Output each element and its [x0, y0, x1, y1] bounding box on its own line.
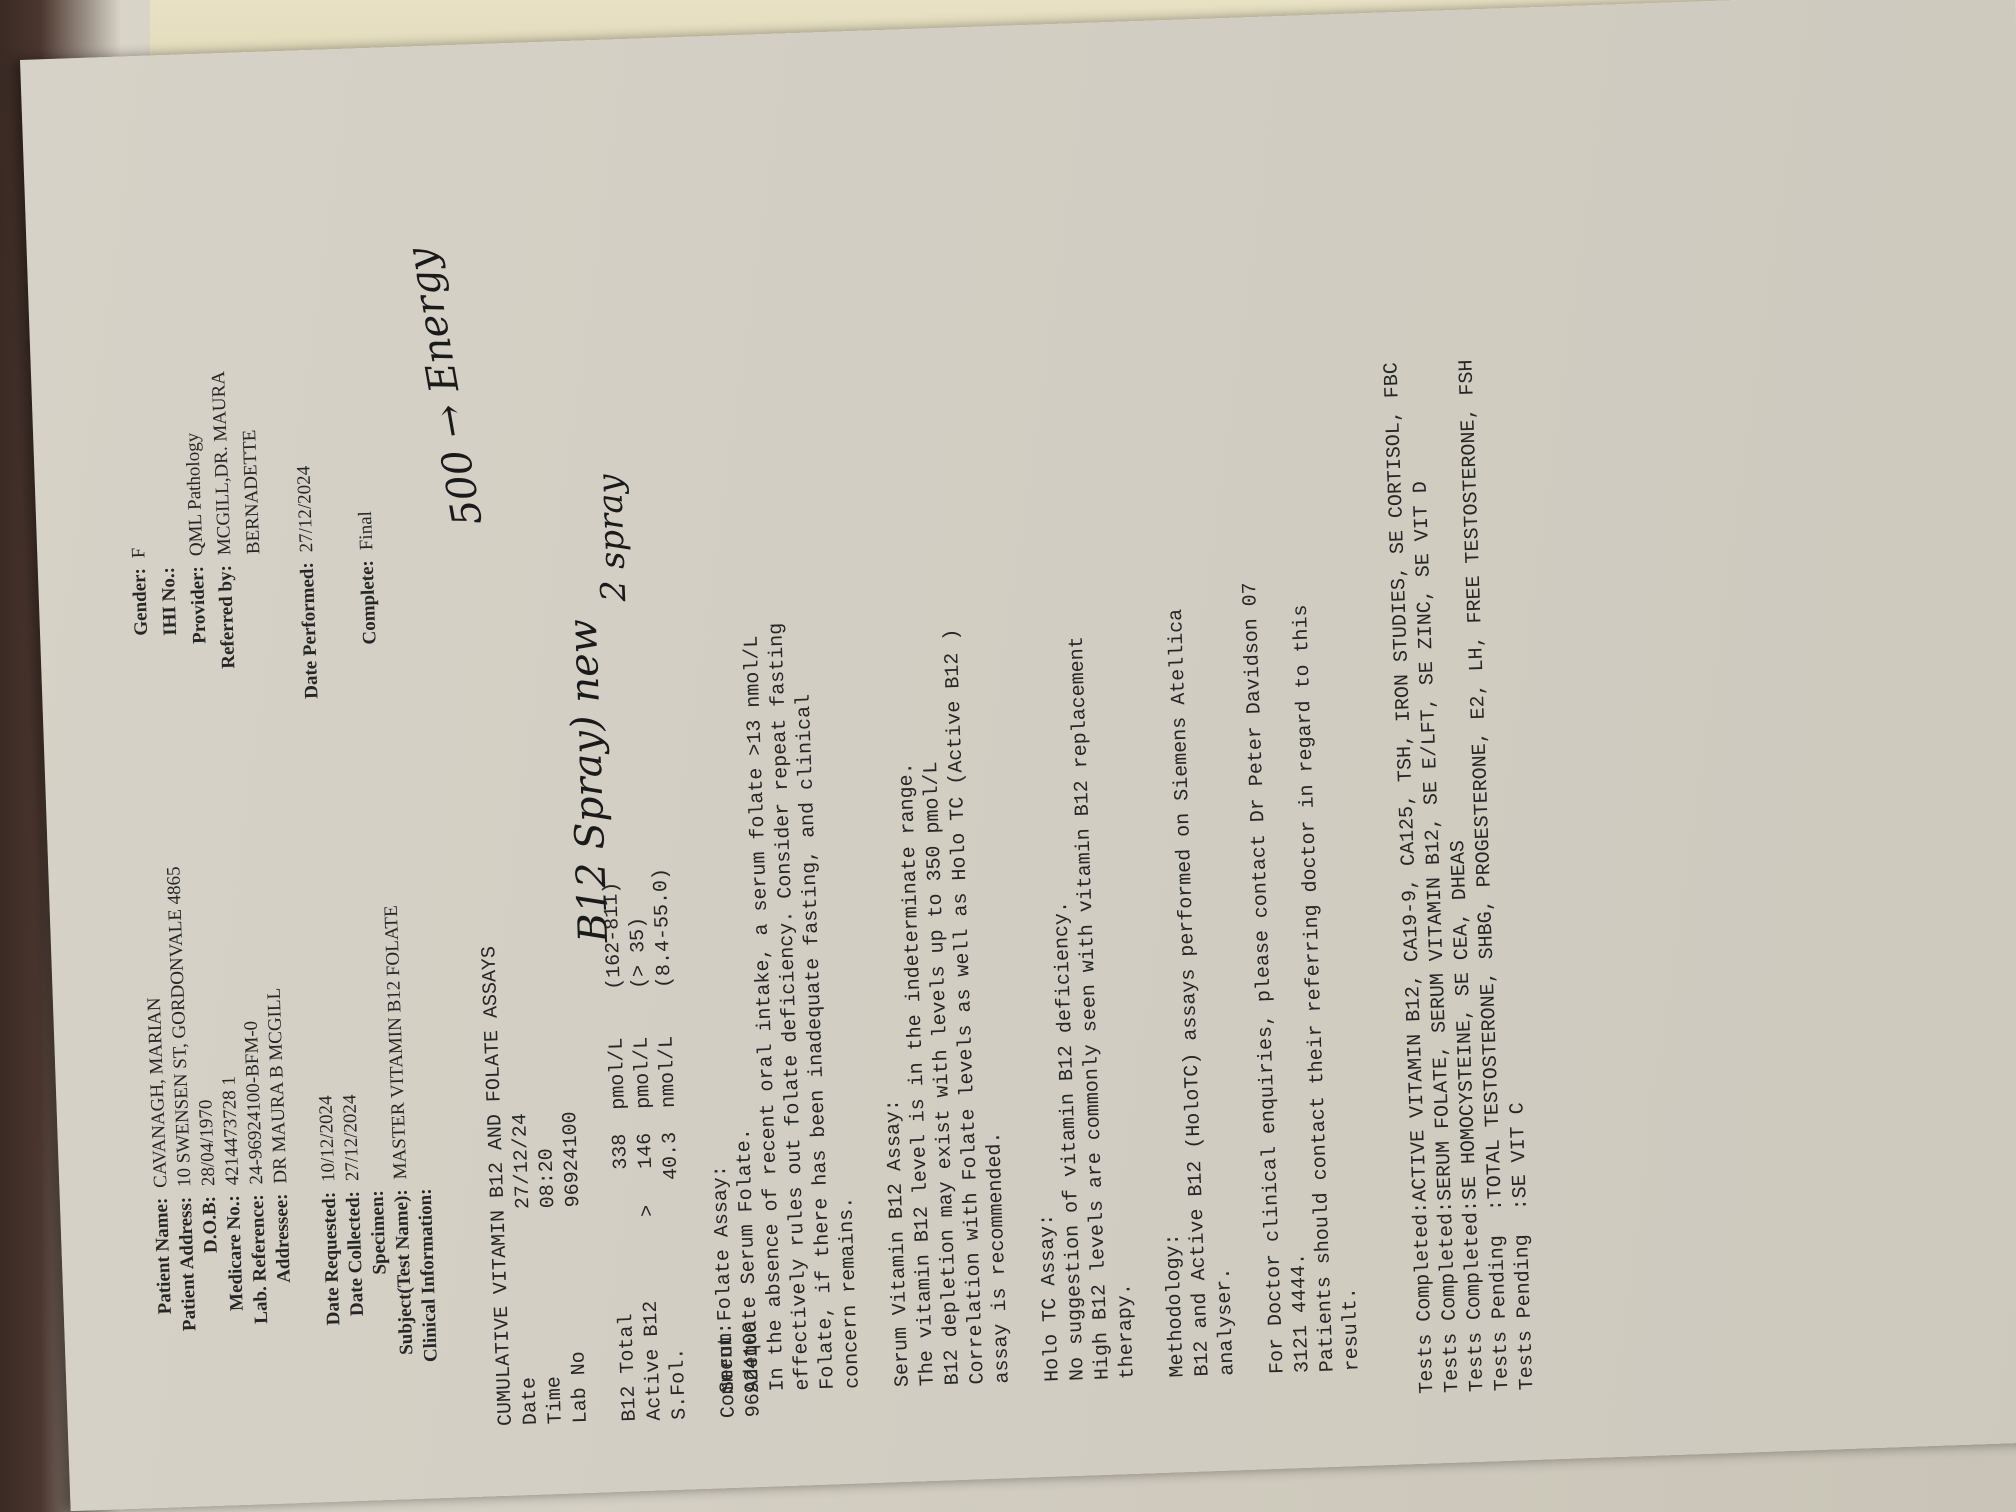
comment-section: Methodology:B12 and Active B12 (HoloTC) … — [1118, 21, 1240, 1378]
status-field-label: Complete: — [356, 558, 422, 740]
request-details: Date Requested:10/12/2024Date Collected:… — [303, 758, 446, 1432]
patient-provider-details: Gender:FIHI No.:Provider:QML PathologyRe… — [117, 254, 278, 749]
comment-section: Holo TC Assay:No suggestion of vitamin B… — [993, 25, 1140, 1383]
comment-sections: Serum Folate Assay:Adequate Serum Folate… — [669, 17, 1366, 1394]
comment-section: Serum Vitamin B12 Assay:The vitamin B12 … — [844, 29, 1016, 1388]
handwritten-note-2-spray: 2 spray — [590, 474, 634, 603]
patient-details: Patient Name:CAVANAGH, MARIANPatient Add… — [135, 763, 302, 1438]
status-field-label: Date Performed: — [296, 561, 362, 743]
request-status: Date Performed:27/12/2024Complete:Final — [285, 249, 422, 743]
comment-section: For Doctor clinical enquiries, please co… — [1218, 17, 1365, 1375]
status-field-value: 27/12/2024 — [285, 251, 355, 553]
lab-report-page: Patient Name:CAVANAGH, MARIANPatient Add… — [20, 0, 2016, 1511]
